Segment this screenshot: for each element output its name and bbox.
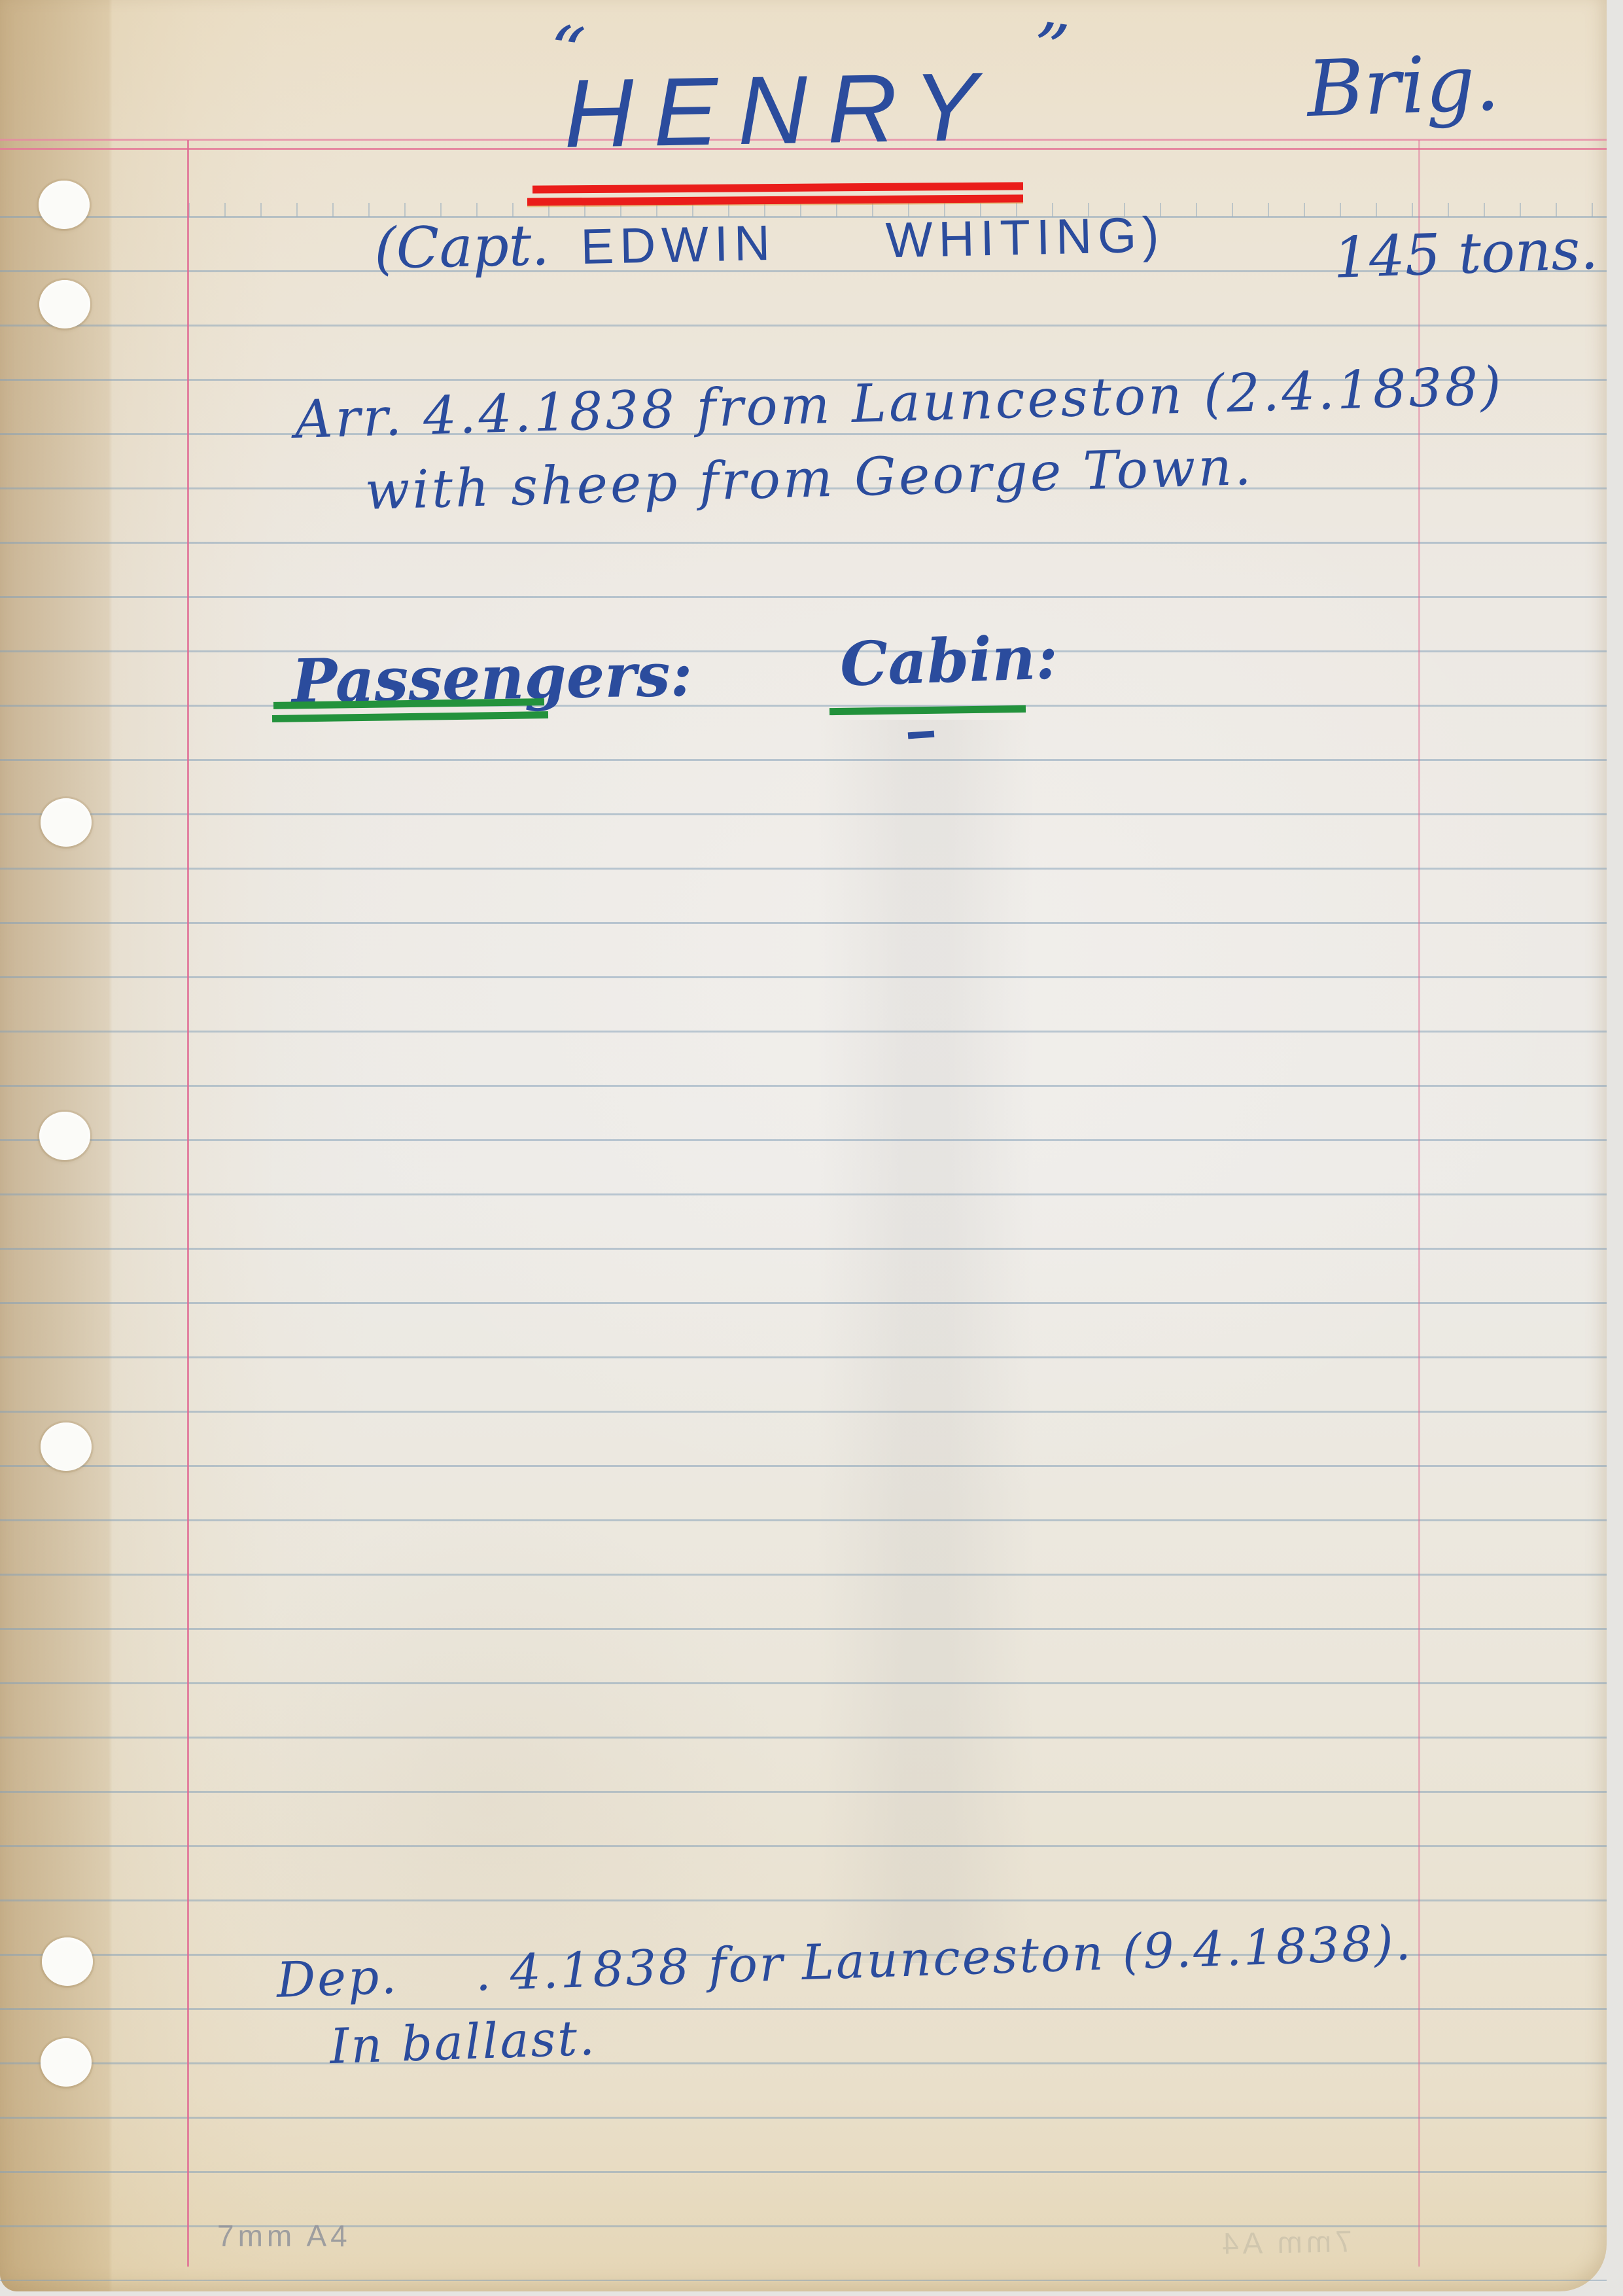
tonnage-note: 145 tons.	[1332, 217, 1599, 291]
captain-prefix: (Capt.	[374, 213, 550, 282]
cabin-heading: Cabin:	[839, 622, 1059, 700]
close-quote-mark: ”	[1027, 7, 1073, 91]
punch-hole	[41, 1422, 92, 1471]
title-underline-red	[532, 182, 1023, 193]
ship-name-title: HENRY	[563, 51, 998, 170]
departure-prefix: Dep.	[275, 1943, 399, 2015]
paper-spec-ghost-label: 7mm A4	[1218, 2223, 1353, 2261]
captain-last-name: WHITING)	[885, 206, 1165, 269]
punch-hole	[39, 280, 90, 328]
punch-hole	[39, 1112, 90, 1160]
punch-hole	[41, 798, 92, 847]
punch-hole	[41, 2038, 92, 2087]
punch-hole	[42, 1937, 93, 1986]
left-margin-line	[187, 140, 189, 2267]
captain-first-name: EDWIN	[580, 215, 777, 275]
paper-spec-label: 7mm A4	[217, 2218, 351, 2253]
blank-day-gap	[398, 1990, 476, 1993]
notebook-page: “ HENRY ” Brig. (Capt. EDWIN WHITING) 14…	[0, 0, 1607, 2291]
vessel-type-label: Brig.	[1306, 37, 1501, 134]
punch-hole	[39, 181, 90, 229]
scanned-document: “ HENRY ” Brig. (Capt. EDWIN WHITING) 14…	[0, 0, 1623, 2296]
